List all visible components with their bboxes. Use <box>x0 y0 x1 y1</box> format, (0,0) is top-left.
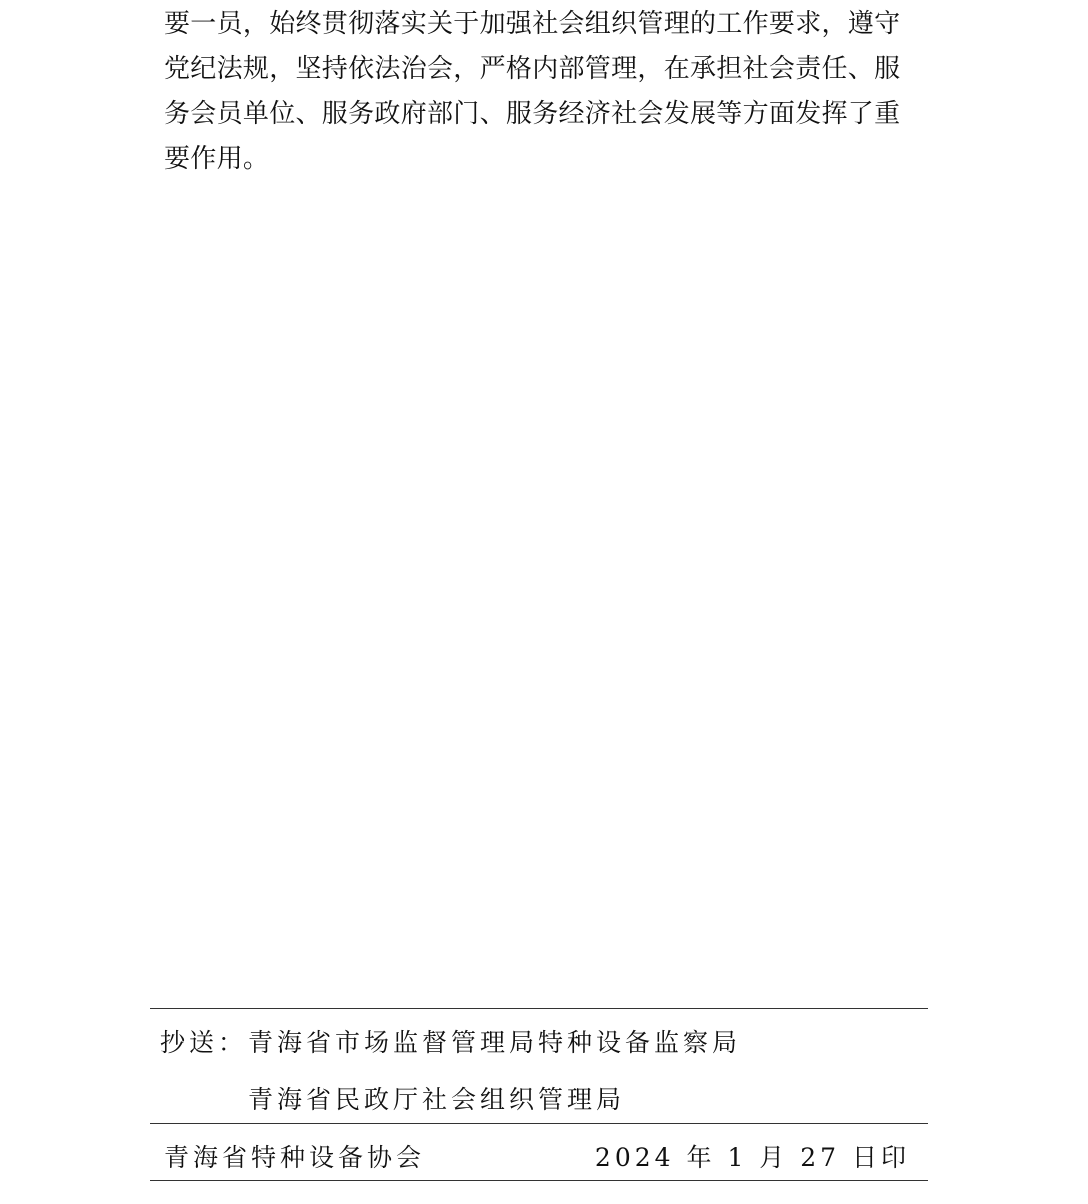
body-paragraph: 要一员，始终贯彻落实关于加强社会组织管理的工作要求，遵守 党纪法规，坚持依法治会… <box>164 0 924 182</box>
print-date: 2024 年 1 月 27 日印 <box>595 1138 910 1174</box>
footer-top-rule <box>150 1008 928 1009</box>
paragraph-line: 要作用。 <box>164 137 924 182</box>
footer-bottom-rule <box>150 1180 928 1181</box>
issuer-name: 青海省特种设备协会 <box>164 1138 425 1174</box>
cc-recipient-1: 青海省市场监督管理局特种设备监察局 <box>248 1023 741 1059</box>
footer-middle-rule <box>150 1123 928 1124</box>
paragraph-line: 务会员单位、服务政府部门、服务经济社会发展等方面发挥了重 <box>164 92 924 137</box>
cc-label: 抄送： <box>160 1023 247 1059</box>
cc-recipient-2: 青海省民政厅社会组织管理局 <box>248 1080 625 1116</box>
paragraph-line: 要一员，始终贯彻落实关于加强社会组织管理的工作要求，遵守 <box>164 0 924 47</box>
paragraph-line: 党纪法规，坚持依法治会，严格内部管理，在承担社会责任、服 <box>164 47 924 92</box>
